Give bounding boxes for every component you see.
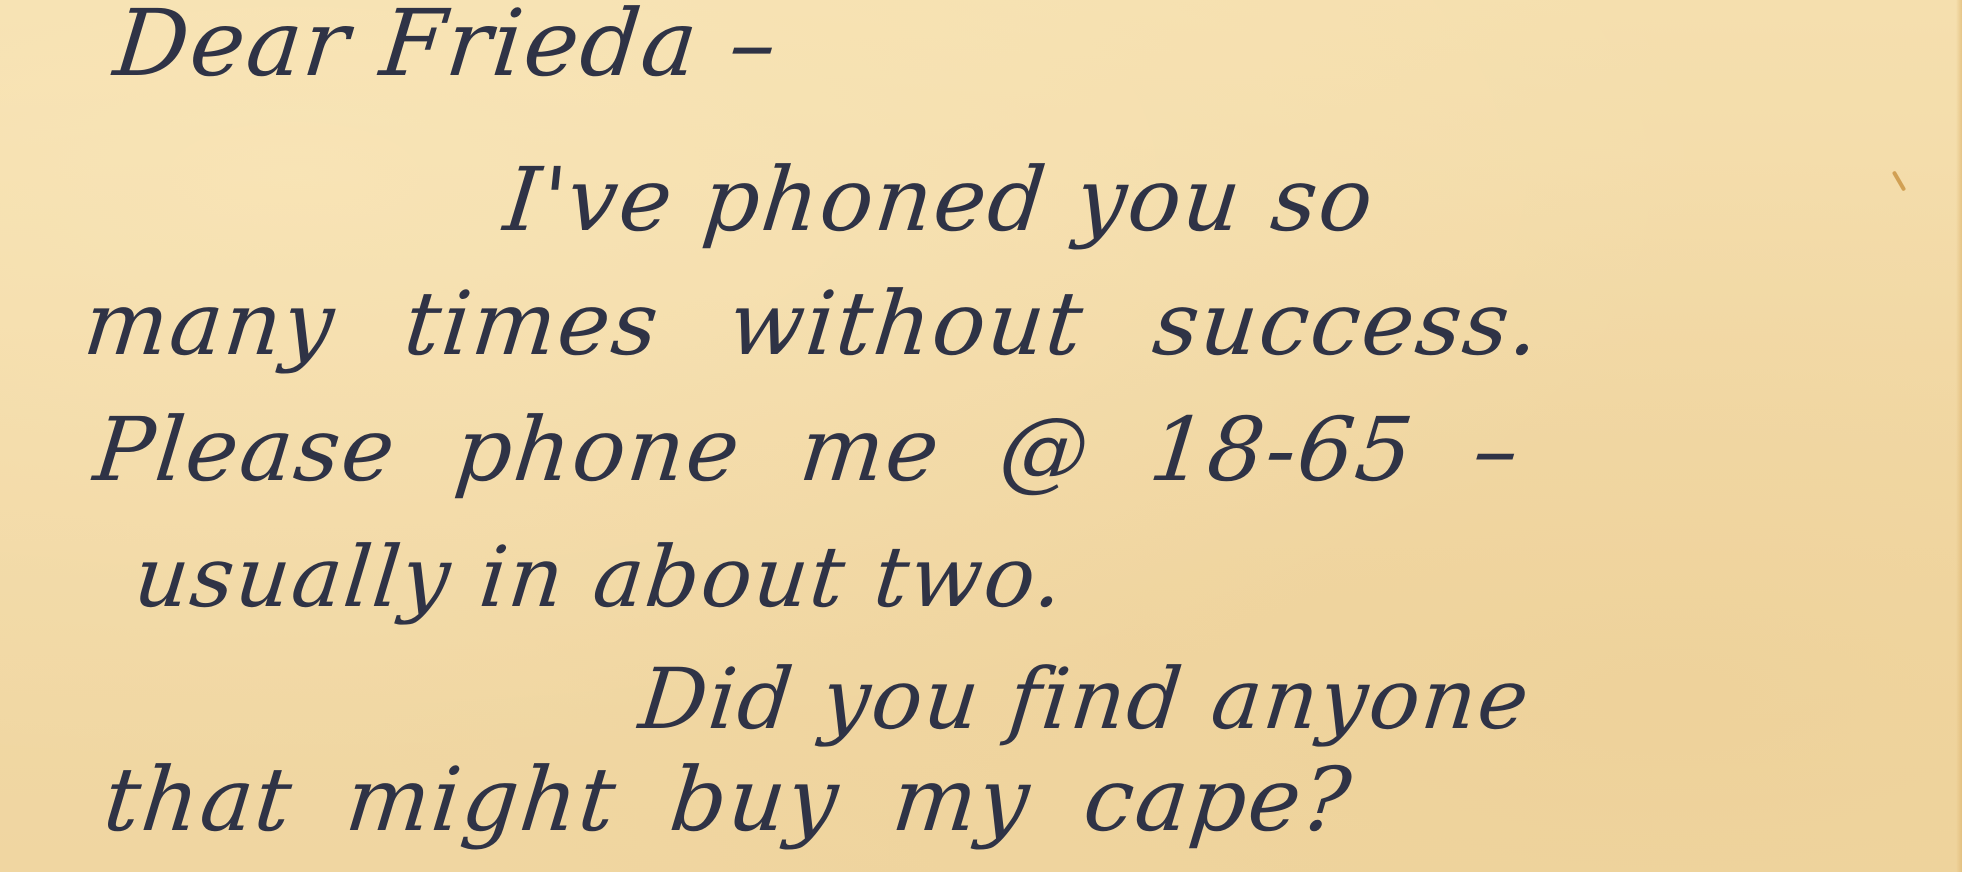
paper-stain-mark	[1892, 170, 1906, 191]
letter-salutation: Dear Frieda –	[109, 0, 783, 97]
letter-paper: Dear Frieda – I've phoned you so many ti…	[0, 0, 1962, 872]
letter-line-2: many times without success.	[80, 272, 1547, 375]
paper-edge	[1956, 0, 1962, 872]
letter-line-1: I've phoned you so	[500, 148, 1380, 251]
letter-line-3: Please phone me @ 18-65 –	[90, 398, 1526, 501]
letter-line-4: usually in about two.	[130, 528, 1070, 626]
letter-line-6: that might buy my cape?	[100, 748, 1358, 851]
letter-line-5: Did you find anyone	[635, 650, 1535, 748]
